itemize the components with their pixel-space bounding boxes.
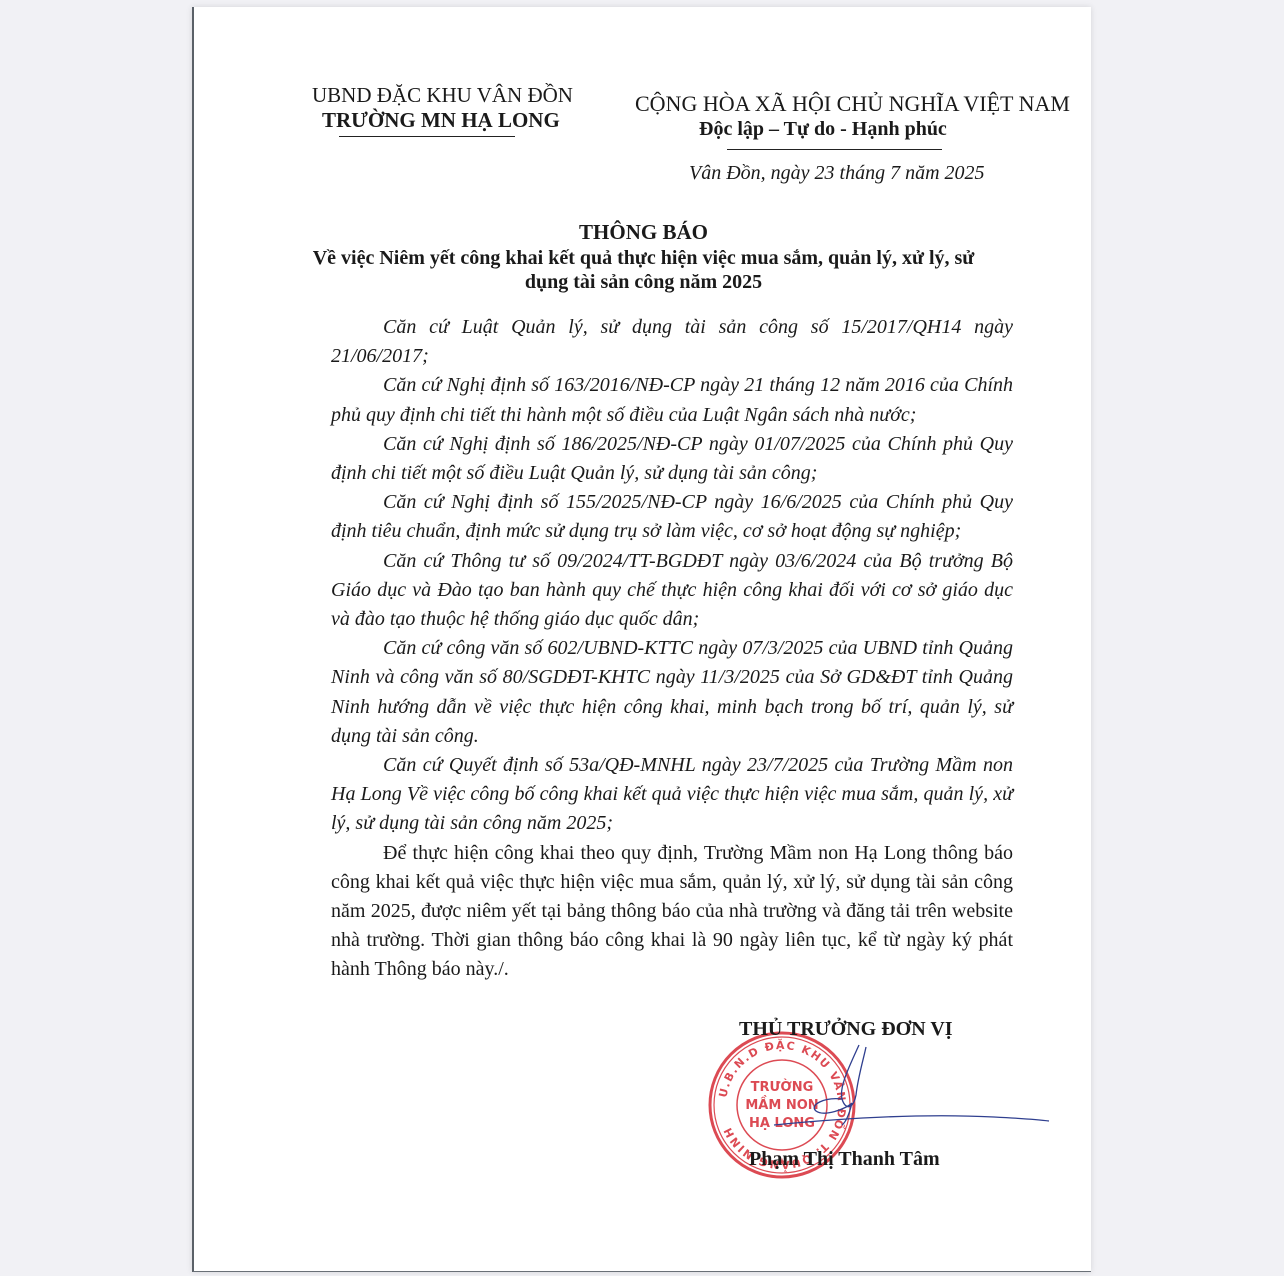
school-name-underline [339, 136, 515, 137]
body-paragraph: Căn cứ Quyết định số 53a/QĐ-MNHL ngày 23… [331, 751, 1013, 839]
body-paragraph: Căn cứ Luật Quản lý, sử dụng tài sản côn… [331, 313, 1013, 371]
document-subtitle: Về việc Niêm yết công khai kết quả thực … [194, 246, 1093, 294]
document-title: THÔNG BÁO [194, 220, 1093, 245]
motto-underline [727, 149, 942, 150]
body-paragraph: Căn cứ Nghị định số 155/2025/NĐ-CP ngày … [331, 488, 1013, 546]
signer-title: THỦ TRƯỞNG ĐƠN VỊ [739, 1018, 953, 1041]
document-date: Vân Đồn, ngày 23 tháng 7 năm 2025 [689, 162, 985, 185]
national-title: CỘNG HÒA XÃ HỘI CHỦ NGHĨA VIỆT NAM [635, 91, 1070, 117]
document-page: UBND ĐẶC KHU VÂN ĐỒN TRƯỜNG MN HẠ LONG C… [192, 7, 1091, 1272]
signer-name: Phạm Thị Thanh Tâm [749, 1148, 940, 1171]
body-paragraph: Căn cứ Nghị định số 163/2016/NĐ-CP ngày … [331, 371, 1013, 429]
handwritten-signature-icon [754, 1037, 1054, 1147]
school-name: TRƯỜNG MN HẠ LONG [322, 108, 560, 133]
body-paragraph: Căn cứ Thông tư số 09/2024/TT-BGDĐT ngày… [331, 547, 1013, 635]
national-motto: Độc lập – Tự do - Hạnh phúc [699, 118, 947, 141]
issuing-agency: UBND ĐẶC KHU VÂN ĐỒN [312, 83, 573, 108]
subtitle-text: Về việc Niêm yết công khai kết quả thực … [299, 246, 989, 294]
body-paragraph: Để thực hiện công khai theo quy định, Tr… [331, 839, 1013, 985]
document-body: Căn cứ Luật Quản lý, sử dụng tài sản côn… [331, 313, 1013, 985]
body-paragraph: Căn cứ công văn số 602/UBND-KTTC ngày 07… [331, 634, 1013, 751]
body-paragraph: Căn cứ Nghị định số 186/2025/NĐ-CP ngày … [331, 430, 1013, 488]
